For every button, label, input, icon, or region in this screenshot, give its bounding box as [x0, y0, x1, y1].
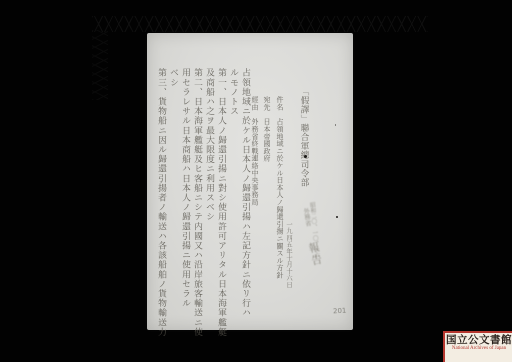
- ink-speck: [244, 290, 245, 291]
- document-title: 「假譯」聯合軍總司令部: [298, 87, 310, 187]
- screenshot-root: { "colors": { "film_background": "#02020…: [0, 0, 512, 362]
- body-column-8: 第三、貨物船ニ因ル歸還引揚者ノ輸送ハ各該船舶ノ貨物輸送力: [155, 68, 168, 330]
- body-column-1: 占領地域ニ於ケル日本人ノ歸還引揚ハ左記方針ニ依リ行ハ: [239, 68, 252, 330]
- handwritten-report-mark: 報告: [306, 241, 326, 269]
- body-column-6: 用セラレサル日本商船ハ日本人ノ歸還引揚ニ使用セラル: [179, 68, 192, 330]
- ink-speck: [304, 155, 307, 158]
- field-addressee-label: 宛先: [263, 96, 271, 111]
- film-edge-artifact: [92, 16, 428, 32]
- ink-speck: [336, 216, 338, 218]
- field-via-value: 外務省終戰連絡中央事務局: [251, 118, 259, 206]
- body-column-2: ルモノトス: [227, 68, 240, 330]
- national-archives-stamp: 国立公文書館 National Archives of Japan: [443, 331, 512, 362]
- field-addressee-value: 日本帝國政府: [263, 118, 271, 162]
- document-page: 「假譯」聯合軍總司令部 一九四五年十月十六日 件名占領地域ニ於ケル日本人ノ歸還引…: [147, 33, 353, 330]
- body-column-3: 第一、日本人ノ歸還引揚ニ對シ使用許可アリタル日本海軍艦艇: [215, 68, 228, 330]
- archives-stamp-english: National Archives of Japan: [452, 346, 506, 352]
- ink-speck: [335, 124, 336, 126]
- field-subject-value: 占領地域ニ於ケル日本人ノ歸還引揚ニ關スル方針: [276, 118, 284, 279]
- field-subject-label: 件名: [276, 96, 284, 111]
- page-number: 201: [333, 307, 347, 316]
- film-edge-artifact-left: [92, 30, 108, 100]
- field-addressee: 宛先日本帝國政府: [262, 96, 272, 161]
- body-column-7: ベシ: [167, 68, 180, 330]
- field-subject: 件名占領地域ニ於ケル日本人ノ歸還引揚ニ關スル方針: [275, 96, 285, 278]
- document-date: 一九四五年十月十六日: [284, 221, 293, 288]
- archives-stamp-kanji: 国立公文書館: [446, 334, 512, 346]
- body-column-5: 第二、日本海軍艦艇及ヒ客船ニシテ内國又ハ沿岸旅客輸送ニ使: [191, 68, 204, 330]
- field-via-label: 經由: [251, 96, 259, 111]
- body-column-4: 及商船ハ之ヲ最大限度ニ利用スベシ: [203, 68, 216, 330]
